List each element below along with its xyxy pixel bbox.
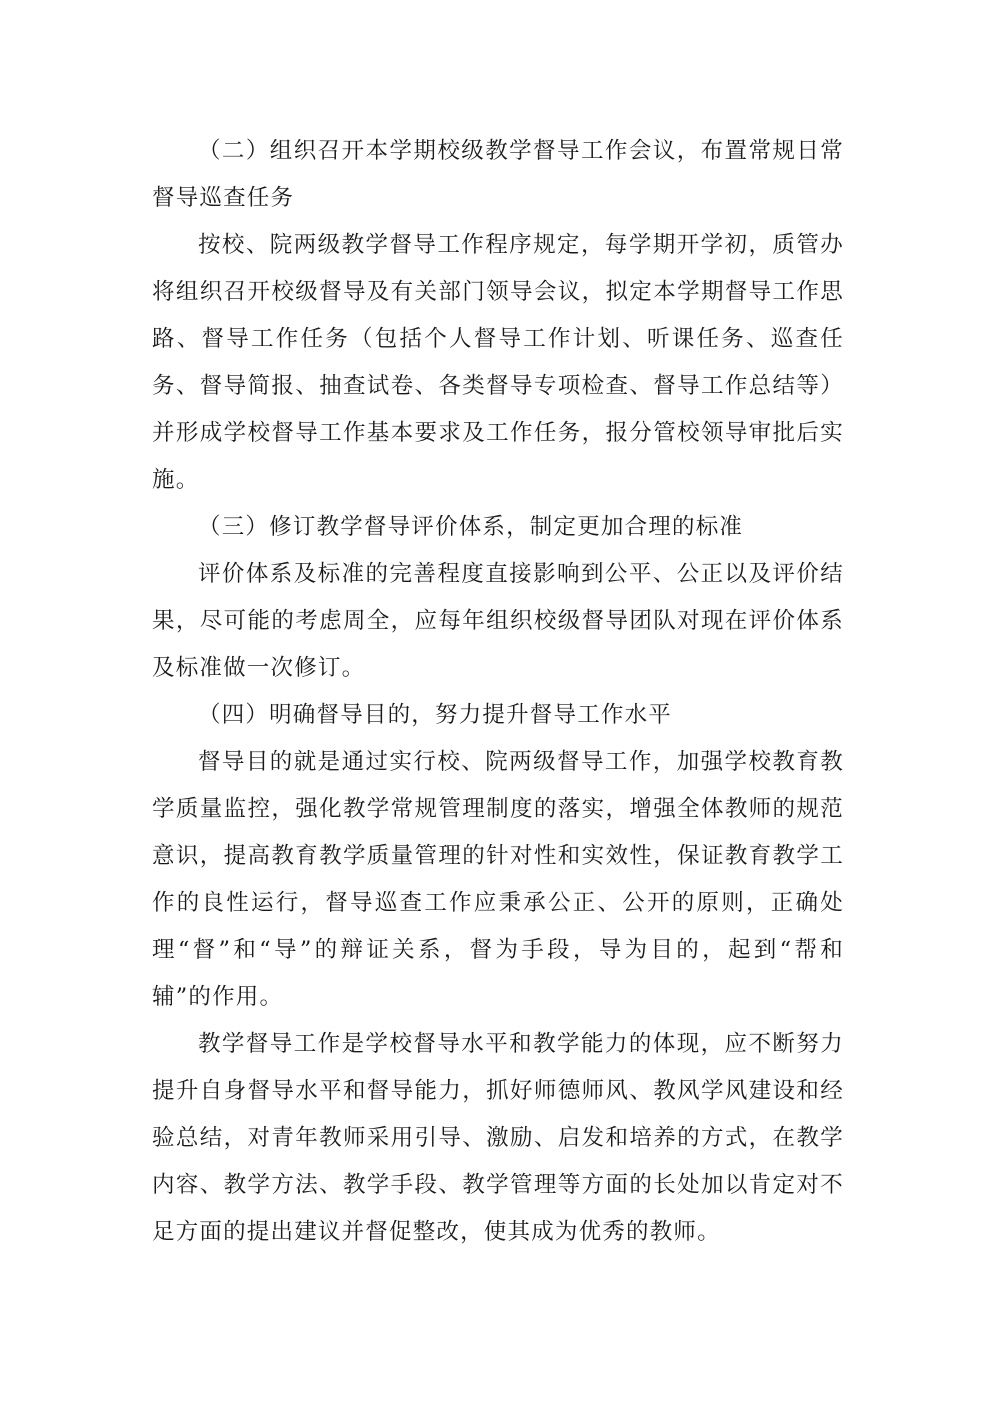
section-heading-4: （四）明确督导目的，努力提升督导工作水平 bbox=[152, 692, 844, 739]
document-page: （二）组织召开本学期校级教学督导工作会议，布置常规日常督导巡查任务 按校、院两级… bbox=[152, 128, 844, 1256]
body-paragraph: 督导目的就是通过实行校、院两级督导工作，加强学校教育教学质量监控，强化教学常规管… bbox=[152, 739, 844, 1021]
section-heading-2: （二）组织召开本学期校级教学督导工作会议，布置常规日常督导巡查任务 bbox=[152, 128, 844, 222]
section-heading-3: （三）修订教学督导评价体系，制定更加合理的标准 bbox=[152, 504, 844, 551]
body-paragraph: 评价体系及标准的完善程度直接影响到公平、公正以及评价结果，尽可能的考虑周全，应每… bbox=[152, 551, 844, 692]
body-paragraph: 教学督导工作是学校督导水平和教学能力的体现，应不断努力提升自身督导水平和督导能力… bbox=[152, 1021, 844, 1256]
body-paragraph: 按校、院两级教学督导工作程序规定，每学期开学初，质管办将组织召开校级督导及有关部… bbox=[152, 222, 844, 504]
